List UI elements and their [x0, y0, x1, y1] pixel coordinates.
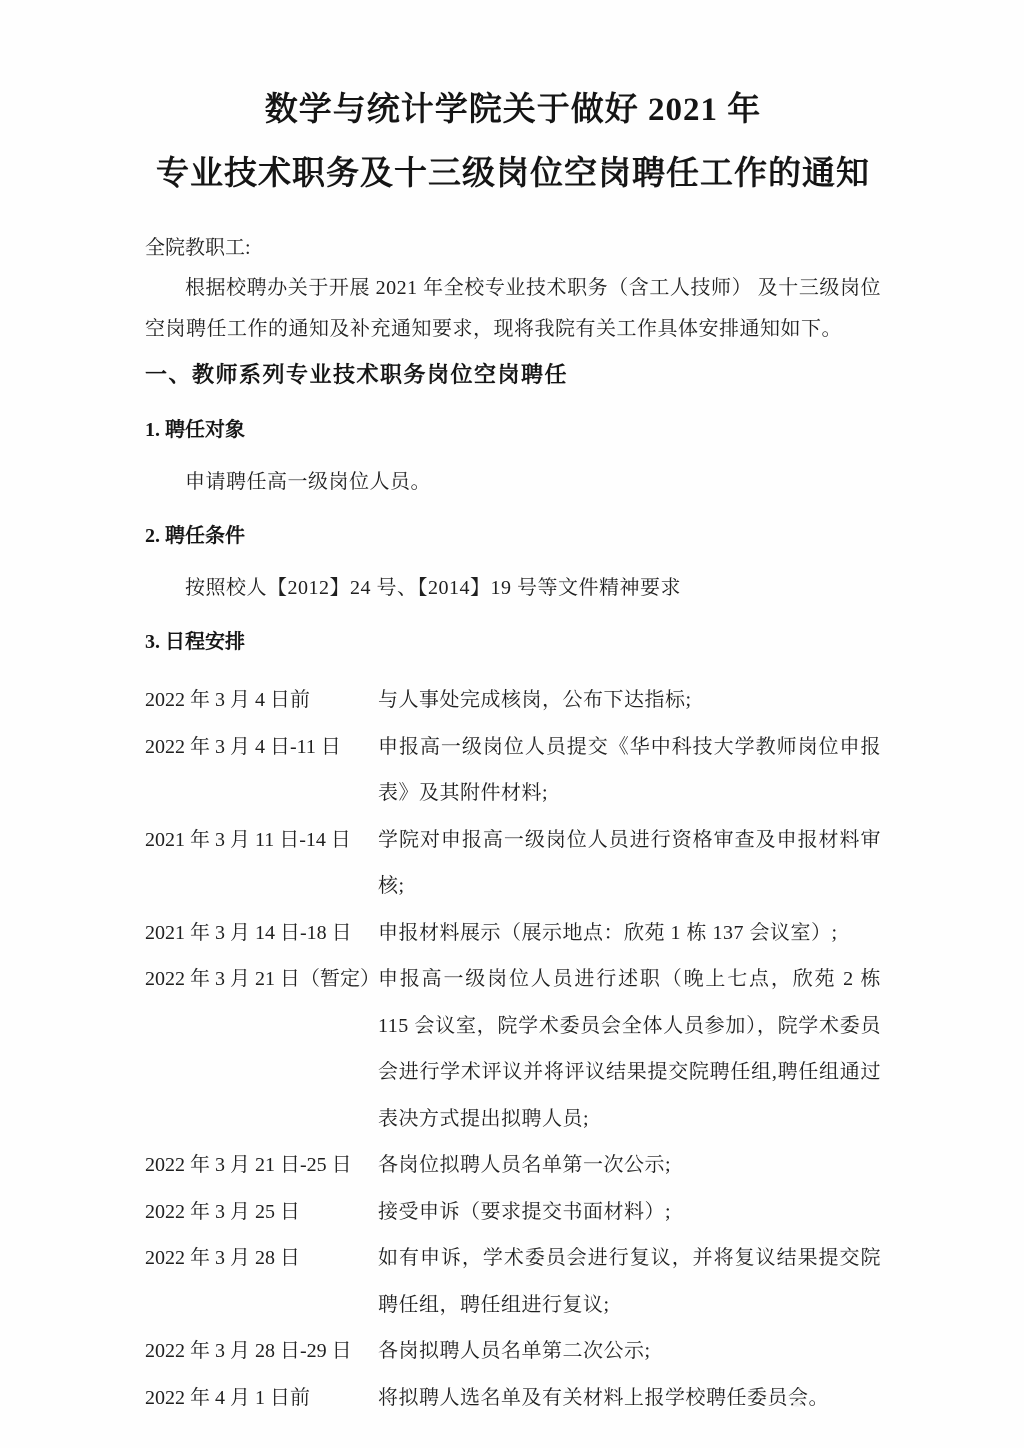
section-1-heading: 一、教师系列专业技术职务岗位空岗聘任	[145, 354, 881, 396]
schedule-row: 2021 年 3 月 11 日-14 日 学院对申报高一级岗位人员进行资格审查及…	[145, 817, 881, 910]
schedule-desc: 申报高一级岗位人员提交《华中科技大学教师岗位申报表》及其附件材料;	[378, 724, 881, 817]
schedule-row: 2022 年 3 月 4 日-11 日 申报高一级岗位人员提交《华中科技大学教师…	[145, 724, 881, 817]
schedule-desc: 申报材料展示（展示地点：欣苑 1 栋 137 会议室）;	[378, 910, 881, 957]
scan-artifact-dot	[793, 1401, 800, 1407]
schedule-row: 2021 年 3 月 14 日-18 日 申报材料展示（展示地点：欣苑 1 栋 …	[145, 910, 881, 957]
schedule-date: 2022 年 3 月 28 日-29 日	[145, 1328, 378, 1375]
salutation: 全院教职工:	[145, 228, 881, 268]
schedule-row: 2022 年 3 月 21 日-25 日 各岗位拟聘人员名单第一次公示;	[145, 1142, 881, 1189]
schedule-desc: 将拟聘人选名单及有关材料上报学校聘任委员会。	[378, 1375, 881, 1422]
doc-title-line1: 数学与统计学院关于做好 2021 年	[145, 78, 881, 142]
doc-title: 数学与统计学院关于做好 2021 年 专业技术职务及十三级岗位空岗聘任工作的通知	[145, 78, 881, 206]
schedule-row: 2022 年 3 月 25 日 接受申诉（要求提交书面材料）;	[145, 1189, 881, 1236]
schedule-row: 2022 年 4 月 1 日前 将拟聘人选名单及有关材料上报学校聘任委员会。	[145, 1375, 881, 1422]
schedule-date: 2022 年 3 月 21 日-25 日	[145, 1142, 378, 1189]
schedule-desc: 申报高一级岗位人员进行述职（晚上七点，欣苑 2 栋 115 会议室，院学术委员会…	[378, 956, 881, 1142]
doc-title-line2: 专业技术职务及十三级岗位空岗聘任工作的通知	[145, 142, 881, 206]
schedule-row: 2022 年 3 月 28 日-29 日 各岗拟聘人员名单第二次公示;	[145, 1328, 881, 1375]
subsection-2-body: 按照校人【2012】24 号、【2014】19 号等文件精神要求	[145, 568, 881, 608]
schedule-date: 2022 年 3 月 4 日前	[145, 677, 378, 724]
schedule-desc: 各岗位拟聘人员名单第一次公示;	[378, 1142, 881, 1189]
subsection-3-heading: 3. 日程安排	[145, 622, 881, 662]
schedule-date: 2022 年 3 月 4 日-11 日	[145, 724, 378, 771]
schedule-date: 2022 年 4 月 1 日前	[145, 1375, 378, 1422]
schedule-date: 2022 年 3 月 28 日	[145, 1235, 378, 1282]
subsection-1-body: 申请聘任高一级岗位人员。	[145, 462, 881, 502]
schedule-date: 2022 年 3 月 25 日	[145, 1189, 378, 1236]
schedule-row: 2022 年 3 月 21 日（暂定） 申报高一级岗位人员进行述职（晚上七点，欣…	[145, 956, 881, 1142]
schedule-list: 2022 年 3 月 4 日前 与人事处完成核岗，公布下达指标; 2022 年 …	[145, 677, 881, 1421]
schedule-date: 2021 年 3 月 11 日-14 日	[145, 817, 378, 864]
schedule-date: 2021 年 3 月 14 日-18 日	[145, 910, 378, 957]
schedule-row: 2022 年 3 月 4 日前 与人事处完成核岗，公布下达指标;	[145, 677, 881, 724]
schedule-desc: 学院对申报高一级岗位人员进行资格审查及申报材料审核;	[378, 817, 881, 910]
schedule-desc: 与人事处完成核岗，公布下达指标;	[378, 677, 881, 724]
schedule-row: 2022 年 3 月 28 日 如有申诉，学术委员会进行复议，并将复议结果提交院…	[145, 1235, 881, 1328]
schedule-desc: 如有申诉，学术委员会进行复议，并将复议结果提交院聘任组，聘任组进行复议;	[378, 1235, 881, 1328]
intro-paragraph: 根据校聘办关于开展 2021 年全校专业技术职务（含工人技师） 及十三级岗位空岗…	[145, 268, 881, 350]
schedule-desc: 各岗拟聘人员名单第二次公示;	[378, 1328, 881, 1375]
subsection-2-heading: 2. 聘任条件	[145, 516, 881, 556]
document-content: 数学与统计学院关于做好 2021 年 专业技术职务及十三级岗位空岗聘任工作的通知…	[145, 78, 881, 1421]
schedule-date: 2022 年 3 月 21 日（暂定）	[145, 956, 378, 1003]
document-page: 数学与统计学院关于做好 2021 年 专业技术职务及十三级岗位空岗聘任工作的通知…	[0, 0, 1024, 1448]
schedule-desc: 接受申诉（要求提交书面材料）;	[378, 1189, 881, 1236]
subsection-1-heading: 1. 聘任对象	[145, 410, 881, 450]
